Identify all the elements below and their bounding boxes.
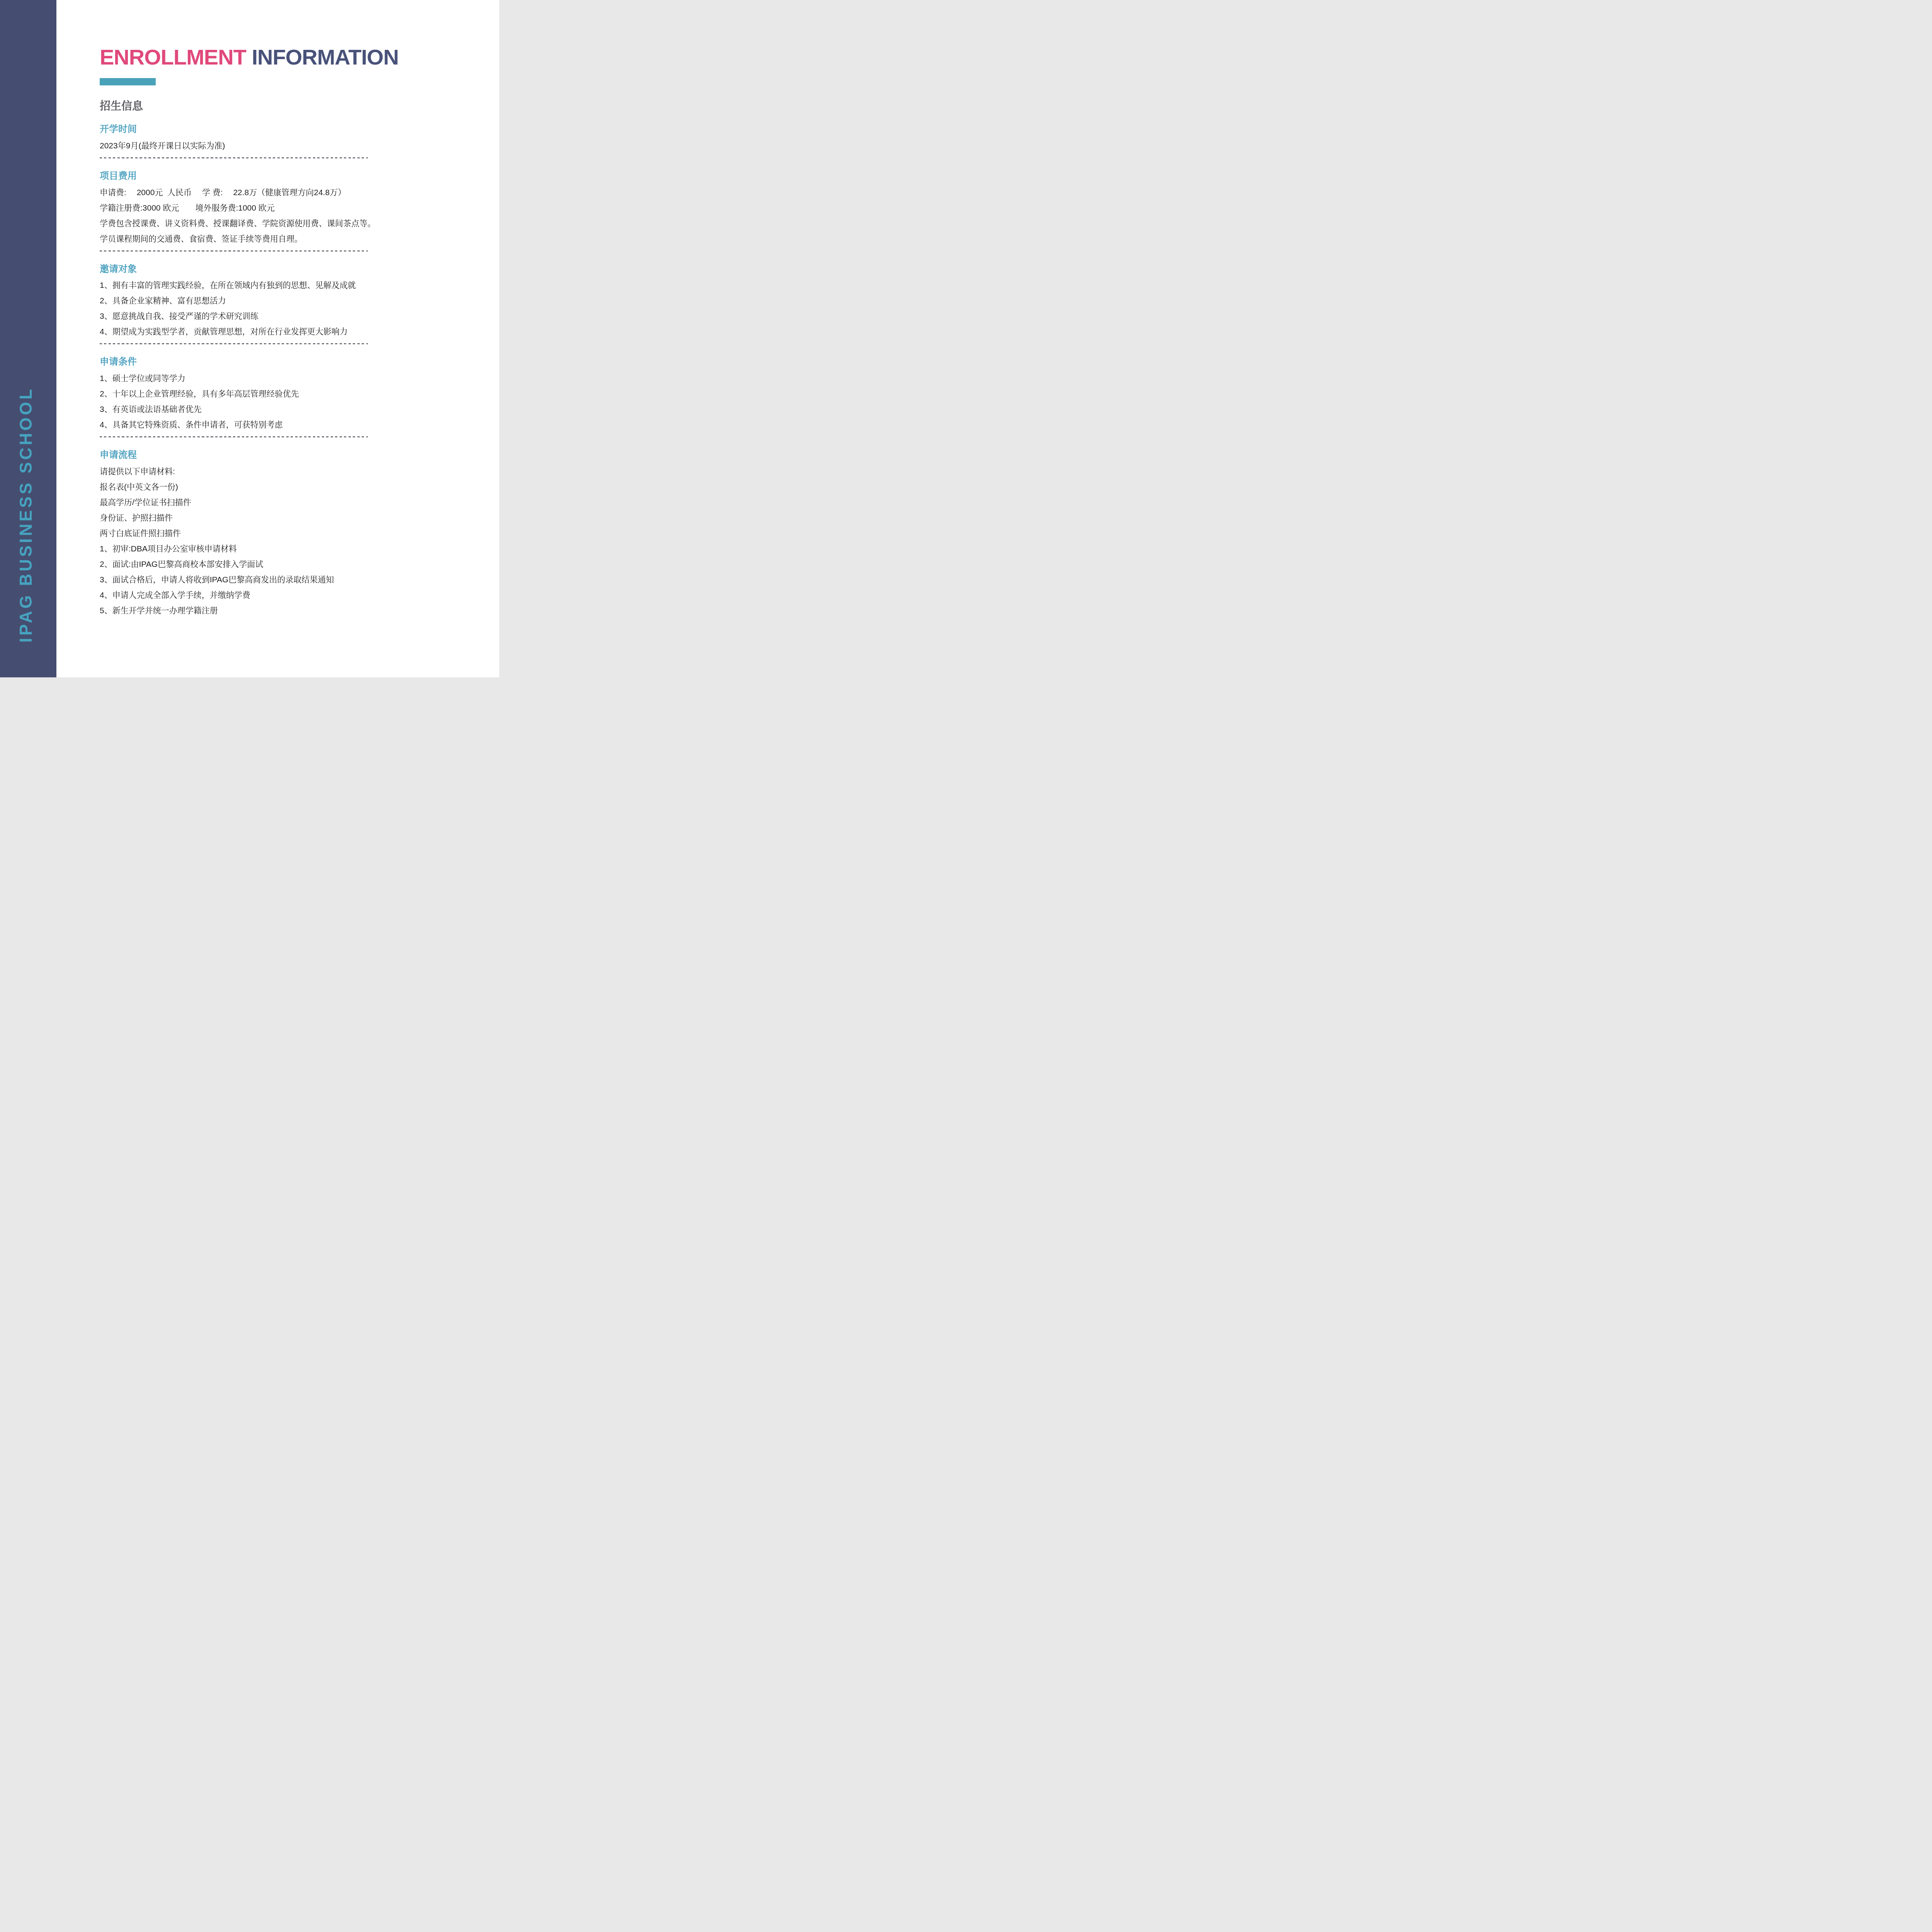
section-heading: 开学时间 — [100, 124, 401, 135]
dashed-separator — [100, 436, 368, 437]
dashed-separator — [100, 343, 368, 344]
body-line: 1、拥有丰富的管理实践经验，在所在领域内有独到的思想、见解及成就 — [100, 278, 401, 293]
section-heading: 申请流程 — [100, 450, 401, 461]
body-line: 3、面试合格后，申请人将收到IPAG巴黎高商发出的录取结果通知 — [100, 572, 401, 588]
brochure-page: IPAG BUSINESS SCHOOL ENROLLMENT INFORMAT… — [0, 0, 499, 677]
title-underline-bar — [100, 78, 156, 85]
dashed-separator — [100, 250, 368, 252]
page-title-accent: ENROLLMENT — [100, 45, 246, 69]
body-line: 2023年9月(最终开课日以实际为准) — [100, 138, 401, 154]
section-heading: 邀请对象 — [100, 264, 401, 275]
body-line: 1、初审:DBA项目办公室审核申请材料 — [100, 541, 401, 557]
body-line: 2、具备企业家精神、富有思想活力 — [100, 293, 401, 309]
body-line: 2、十年以上企业管理经验，具有多年高层管理经验优先 — [100, 386, 401, 402]
body-line: 学费包含授课费、讲义资料费、授课翻译费、学院资源使用费、课间茶点等。 — [100, 216, 401, 231]
body-line: 学籍注册费:3000 欧元 境外服务费:1000 欧元 — [100, 201, 401, 216]
page-title-rest: INFORMATION — [246, 45, 398, 69]
page-title: ENROLLMENT INFORMATION — [100, 0, 401, 68]
left-sidebar: IPAG BUSINESS SCHOOL — [0, 0, 56, 677]
body-line: 2、面试:由IPAG巴黎高商校本部安排入学面试 — [100, 557, 401, 572]
body-line: 4、具备其它特殊资质、条件申请者，可获特别考虑 — [100, 417, 401, 433]
section-program-fees: 项目费用 申请费: 2000元 人民币 学 费: 22.8万（健康管理方向24.… — [100, 171, 401, 247]
body-line: 身份证、护照扫描件 — [100, 510, 401, 526]
body-line: 3、愿意挑战自我、接受严谨的学术研究训练 — [100, 309, 401, 324]
main-content: ENROLLMENT INFORMATION 招生信息 开学时间 2023年9月… — [100, 0, 401, 619]
section-start-date: 开学时间 2023年9月(最终开课日以实际为准) — [100, 124, 401, 154]
body-line: 学员课程期间的交通费、食宿费、签证手续等费用自理。 — [100, 231, 401, 247]
body-line: 4、申请人完成全部入学手续，并缴纳学费 — [100, 588, 401, 603]
body-line: 5、新生开学并统一办理学籍注册 — [100, 603, 401, 619]
dashed-separator — [100, 157, 368, 158]
body-line: 4、期望成为实践型学者，贡献管理思想，对所在行业发挥更大影响力 — [100, 324, 401, 340]
sidebar-vertical-brand-text: IPAG BUSINESS SCHOOL — [18, 387, 35, 643]
body-line: 最高学历/学位证书扫描件 — [100, 495, 401, 510]
page-subtitle-chinese: 招生信息 — [100, 101, 401, 112]
body-line: 两寸白底证件照扫描件 — [100, 526, 401, 541]
section-application-process: 申请流程 请提供以下申请材料: 报名表(中英文各一份) 最高学历/学位证书扫描件… — [100, 450, 401, 619]
section-heading: 项目费用 — [100, 171, 401, 182]
body-line: 报名表(中英文各一份) — [100, 480, 401, 495]
body-line: 申请费: 2000元 人民币 学 费: 22.8万（健康管理方向24.8万） — [100, 185, 401, 201]
body-line: 3、有英语或法语基础者优先 — [100, 402, 401, 417]
section-invitees: 邀请对象 1、拥有丰富的管理实践经验，在所在领域内有独到的思想、见解及成就 2、… — [100, 264, 401, 340]
section-application-requirements: 申请条件 1、硕士学位或同等学力 2、十年以上企业管理经验，具有多年高层管理经验… — [100, 357, 401, 433]
body-line: 请提供以下申请材料: — [100, 464, 401, 480]
body-line: 1、硕士学位或同等学力 — [100, 371, 401, 386]
section-heading: 申请条件 — [100, 357, 401, 368]
